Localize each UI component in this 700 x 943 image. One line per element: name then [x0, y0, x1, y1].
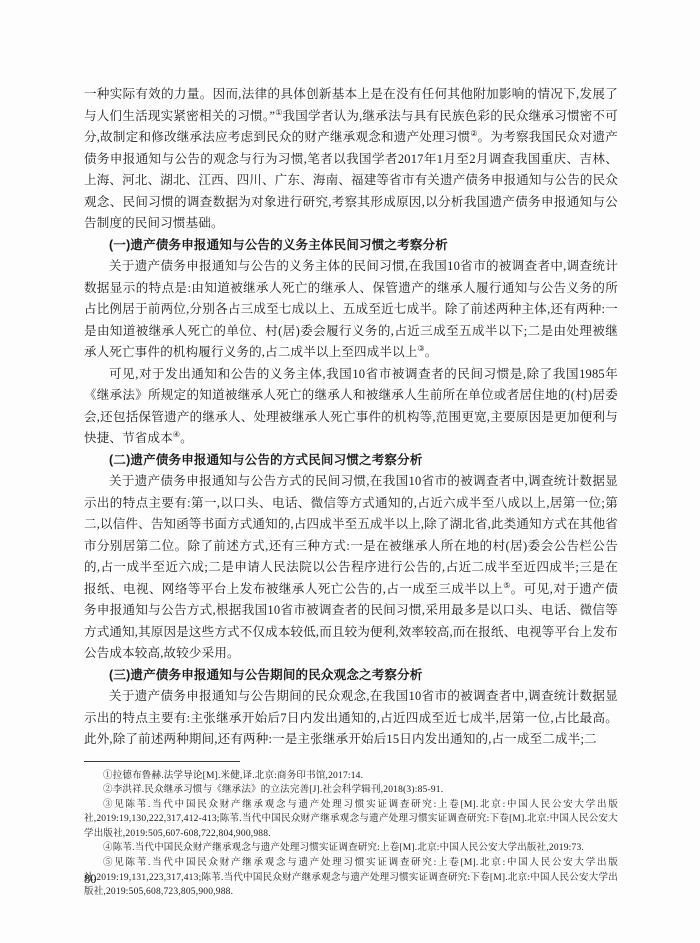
footnote: ③见陈苇.当代中国民众财产继承观念与遗产处理习惯实证调查研究:上卷[M].北京:…: [84, 798, 618, 842]
paragraph: 关于遗产债务申报通知与公告方式的民间习惯,在我国10省市的被调查者中,调查统计数…: [84, 471, 618, 665]
section-heading: (一)遗产债务申报通知与公告的义务主体民间习惯之考察分析: [84, 235, 618, 257]
footnote-ref-icon: ③: [418, 344, 425, 353]
paragraph: 可见,对于发出通知和公告的义务主体,我国10省市被调查者的民间习惯是,除了我国1…: [84, 364, 618, 450]
footnote: ①拉德布鲁赫.法学导论[M].米健,译.北京:商务印书馆,2017:14.: [84, 769, 618, 784]
footnote-ref-icon: ④: [173, 430, 180, 439]
paragraph: 关于遗产债务申报通知与公告的义务主体的民间习惯,在我国10省市的被调查者中,调查…: [84, 256, 618, 364]
footnote-list: ①拉德布鲁赫.法学导论[M].米健,译.北京:商务印书馆,2017:14.②李洪…: [84, 769, 618, 900]
footnote: ④陈苇.当代中国民众财产继承观念与遗产处理习惯实证调查研究:上卷[M].北京:中…: [84, 841, 618, 856]
footnote-separator: [84, 761, 240, 762]
paragraph: 一种实际有效的力量。因而,法律的具体创新基本上是在没有任何其他附加影响的情况下,…: [84, 84, 618, 235]
footnote: ②李洪祥.民众继承习惯与《继承法》的立法完善[J].社会科学辑刊,2018(3)…: [84, 783, 618, 798]
section-heading: (三)遗产债务申报通知与公告期间的民众观念之考察分析: [84, 665, 618, 687]
page-number: 80: [84, 872, 97, 887]
footnote-ref-icon: ⑤: [503, 581, 510, 590]
footnote-ref-icon: ②: [470, 129, 477, 138]
article-body: 一种实际有效的力量。因而,法律的具体创新基本上是在没有任何其他附加影响的情况下,…: [84, 84, 618, 751]
footnote: ⑤见陈苇.当代中国民众财产继承观念与遗产处理习惯实证调查研究:上卷[M].北京:…: [84, 856, 618, 900]
book-page: 一种实际有效的力量。因而,法律的具体创新基本上是在没有任何其他附加影响的情况下,…: [0, 0, 700, 943]
section-heading: (二)遗产债务申报通知与公告的方式民间习惯之考察分析: [84, 450, 618, 472]
footnote-ref-icon: ①: [275, 108, 282, 117]
paragraph: 关于遗产债务申报通知与公告期间的民众观念,在我国10省市的被调查者中,调查统计数…: [84, 686, 618, 751]
